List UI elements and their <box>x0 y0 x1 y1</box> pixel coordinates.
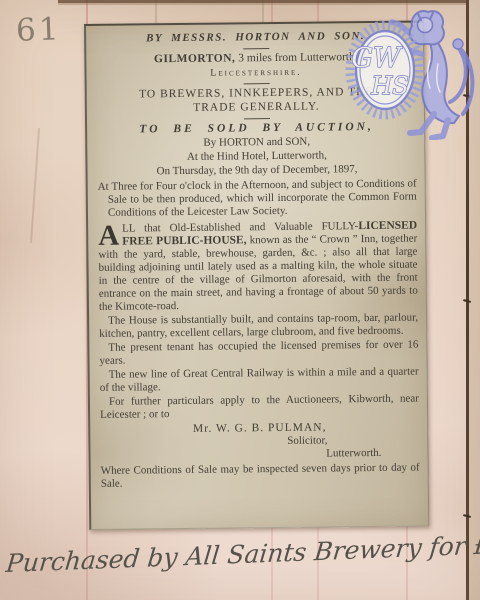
solicitor-town: Lutterworth. <box>100 447 419 463</box>
particulars-note: For further particulars apply to the Auc… <box>100 393 419 422</box>
divider-rule <box>243 48 269 49</box>
page-number: 61 <box>15 11 62 49</box>
monogram-gw: GW <box>351 43 403 74</box>
drop-cap: A <box>98 223 122 249</box>
gwhs-watermark-stamp: GW HS <box>330 0 478 140</box>
monogram-medallion: GW HS <box>350 25 420 115</box>
handwritten-note-text: Purchased by All Saints Brewery for £160… <box>5 528 480 578</box>
paper-crease <box>30 128 40 243</box>
sale-terms: At Three for Four o'clock in the Afterno… <box>98 178 417 220</box>
railway-note: The new line of Great Central Railway is… <box>100 366 419 395</box>
village-name: GILMORTON, <box>154 52 236 65</box>
lot-lead-text: LL that Old-Established and Valuable FUL… <box>122 220 358 234</box>
scrapbook-page: 61 BY MESSRS. HORTON AND SON. GILMORTON,… <box>0 0 480 600</box>
divider-rule <box>243 118 269 119</box>
tenant-note: The present tenant has occupied the lice… <box>99 339 418 368</box>
date-line: On Thursday, the 9th day of December, 18… <box>97 163 416 179</box>
monogram-hs: HS <box>370 72 408 100</box>
house-description: The House is substantially built, and co… <box>99 312 418 341</box>
lot-description: ALL that Old-Established and Valuable FU… <box>98 220 418 314</box>
divider-rule <box>243 83 269 84</box>
conditions-footnote: Where Conditions of Sale may be inspecte… <box>101 462 420 491</box>
